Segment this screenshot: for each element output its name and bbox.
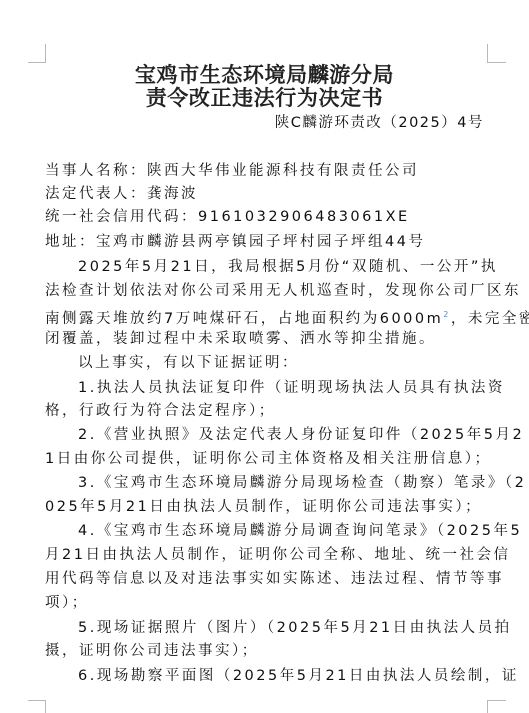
corner-mark-bottom-right xyxy=(487,700,506,713)
document-number: 陕C麟游环责改（2025）4号 xyxy=(275,113,484,133)
facts-line: 2025年5月21日，我局根据5月份“双随机、一公开”执 xyxy=(78,257,485,277)
corner-mark-top-left xyxy=(28,44,46,63)
evidence-intro: 以上事实，有以下证据证明： xyxy=(78,353,485,373)
facts-line: 闭覆盖，装卸过程中未采取喷雾、洒水等抑尘措施。 xyxy=(45,329,485,349)
facts-line-text: 南侧露天堆放约7万吨煤矸石，占地面积约为6000m xyxy=(45,311,443,327)
evidence-line: 2.《营业执照》及法定代表人身份证复印件（2025年5月2 xyxy=(78,425,485,445)
evidence-line: 摄，证明你公司违法事实）； xyxy=(45,641,485,661)
document-page: 宝鸡市生态环境局麟游分局 责令改正违法行为决定书 陕C麟游环责改（2025）4号… xyxy=(0,0,529,713)
facts-line-tail: ，未完全密 xyxy=(451,311,529,327)
evidence-line: 025年5月21日由执法人员制作，证明你公司违法事实）； xyxy=(45,497,485,517)
evidence-line: 6.现场勘察平面图（2025年5月21日由执法人员绘制，证 xyxy=(78,666,485,686)
facts-line: 法检查计划依法对你公司采用无人机巡查时，发现你公司厂区东 xyxy=(45,281,485,301)
superscript: 2 xyxy=(443,310,451,319)
legal-representative: 法定代表人：龚海波 xyxy=(45,184,485,204)
evidence-line: 5.现场证据照片（图片）（2025年5月21日由执法人员拍 xyxy=(78,618,485,638)
document-title-line2: 责令改正违法行为决定书 xyxy=(0,86,529,109)
address: 地址：宝鸡市麟游县两亭镇园子坪村园子坪组44号 xyxy=(45,232,485,252)
evidence-line: 格，行政行为符合法定程序）； xyxy=(45,401,485,421)
facts-line: 南侧露天堆放约7万吨煤矸石，占地面积约为6000m2，未完全密 xyxy=(45,305,485,329)
corner-mark-bottom-left xyxy=(28,700,46,713)
evidence-line: 4.《宝鸡市生态环境局麟游分局调查询问笔录》（2025年5 xyxy=(78,521,485,541)
evidence-line: 月21日由执法人员制作，证明你公司全称、地址、统一社会信 xyxy=(45,545,485,565)
evidence-line: 1.执法人员执法证复印件（证明现场执法人员具有执法资 xyxy=(78,378,485,398)
credit-code: 统一社会信用代码：9161032906483061XE xyxy=(45,207,485,227)
evidence-line: 项）； xyxy=(45,593,485,613)
evidence-line: 1日由你公司提供，证明你公司主体资格及相关注册信息）； xyxy=(45,449,485,469)
corner-mark-top-right xyxy=(487,44,506,63)
party-name: 当事人名称：陕西大华伟业能源科技有限责任公司 xyxy=(45,161,485,181)
document-title-line1: 宝鸡市生态环境局麟游分局 xyxy=(0,63,529,86)
evidence-line: 用代码等信息以及对违法事实如实陈述、违法过程、情节等事 xyxy=(45,569,485,589)
evidence-line: 3.《宝鸡市生态环境局麟游分局现场检查（勘察）笔录》（2 xyxy=(78,473,485,493)
